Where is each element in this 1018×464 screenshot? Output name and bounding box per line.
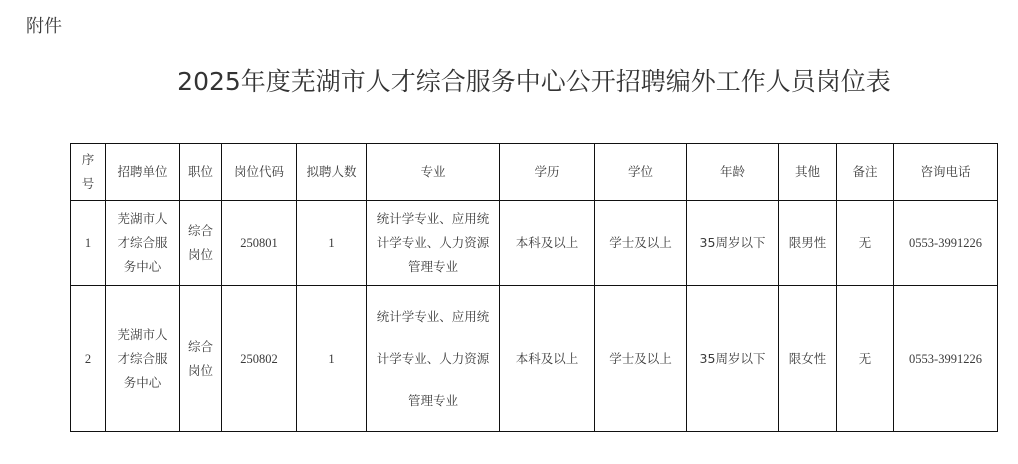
cell-phone: 0553-3991226	[894, 286, 998, 432]
table-row: 1 芜湖市人才综合服务中心 综合岗位 250801 1 统计学专业、应用统计学专…	[71, 201, 998, 286]
cell-age: 35周岁以下	[687, 286, 779, 432]
cell-count: 1	[297, 286, 367, 432]
cell-education: 本科及以上	[500, 201, 595, 286]
cell-unit: 芜湖市人才综合服务中心	[106, 286, 180, 432]
cell-degree: 学士及以上	[595, 286, 687, 432]
header-age: 年龄	[687, 144, 779, 201]
cell-code: 250801	[222, 201, 297, 286]
cell-remark: 无	[837, 286, 894, 432]
cell-code: 250802	[222, 286, 297, 432]
header-education: 学历	[500, 144, 595, 201]
cell-major: 统计学专业、应用统计学专业、人力资源管理专业	[367, 286, 500, 432]
attachment-label: 附件	[26, 12, 62, 38]
cell-position: 综合岗位	[180, 286, 222, 432]
cell-count: 1	[297, 201, 367, 286]
cell-degree: 学士及以上	[595, 201, 687, 286]
header-degree: 学位	[595, 144, 687, 201]
cell-position: 综合岗位	[180, 201, 222, 286]
header-index: 序号	[71, 144, 106, 201]
header-code: 岗位代码	[222, 144, 297, 201]
cell-index: 1	[71, 201, 106, 286]
cell-other: 限女性	[779, 286, 837, 432]
header-count: 拟聘人数	[297, 144, 367, 201]
cell-other: 限男性	[779, 201, 837, 286]
cell-major: 统计学专业、应用统计学专业、人力资源管理专业	[367, 201, 500, 286]
cell-unit: 芜湖市人才综合服务中心	[106, 201, 180, 286]
cell-phone: 0553-3991226	[894, 201, 998, 286]
cell-remark: 无	[837, 201, 894, 286]
positions-table: 序号 招聘单位 职位 岗位代码 拟聘人数 专业 学历 学位 年龄 其他 备注 咨…	[70, 143, 998, 432]
header-position: 职位	[180, 144, 222, 201]
table-row: 2 芜湖市人才综合服务中心 综合岗位 250802 1 统计学专业、应用统计学专…	[71, 286, 998, 432]
header-unit: 招聘单位	[106, 144, 180, 201]
cell-index: 2	[71, 286, 106, 432]
table-header-row: 序号 招聘单位 职位 岗位代码 拟聘人数 专业 学历 学位 年龄 其他 备注 咨…	[71, 144, 998, 201]
cell-age: 35周岁以下	[687, 201, 779, 286]
header-other: 其他	[779, 144, 837, 201]
document-title: 2025年度芜湖市人才综合服务中心公开招聘编外工作人员岗位表	[0, 62, 1018, 98]
cell-education: 本科及以上	[500, 286, 595, 432]
header-phone: 咨询电话	[894, 144, 998, 201]
header-major: 专业	[367, 144, 500, 201]
header-remark: 备注	[837, 144, 894, 201]
